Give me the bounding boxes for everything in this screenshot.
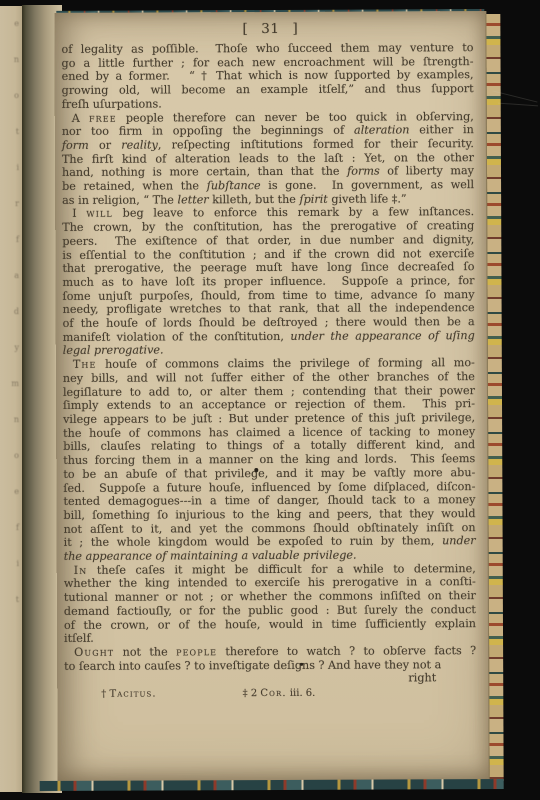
text-segment: ſome unjuſt purpoſes, ſhould, from time … (63, 288, 475, 303)
text-segment: either in (409, 123, 473, 136)
text-segment: under the appearance of uſing (290, 329, 474, 343)
text-segment: forms (347, 165, 380, 178)
paragraph: Ought not the people therefore to watch … (64, 644, 476, 673)
text-segment: is gone. In government, as well (261, 178, 475, 192)
text-segment: is eſſential to the conſtitution ; and i… (62, 247, 474, 262)
text-segment: bills, clauſes relating to things of a t… (63, 438, 475, 453)
page-number-right-bracket: ] (292, 21, 298, 37)
paragraph: of legality as poſſible. Thoſe who ſucce… (61, 41, 473, 111)
text-segment: ened by a former. “ † That which is now … (62, 69, 474, 84)
bottom-edge-marbling (40, 779, 504, 791)
text-segment: peers. The exiſtence of that order, in d… (62, 233, 474, 248)
page-number-left-bracket: [ (242, 21, 248, 37)
text-segment: theſe caſes it might be difficult for a … (87, 562, 475, 577)
text-segment: The (73, 358, 97, 371)
ink-speck (300, 663, 303, 666)
scan-background: enotirfadymnoefit [31] of legality as po… (0, 0, 540, 800)
text-segment: tutional manner or not ; or whether the … (64, 589, 476, 604)
text-segment: of the houſe of lords ſhould be deſtroye… (63, 315, 475, 330)
page-number-value: 31 (261, 21, 279, 37)
text-segment: not aſſent to it, and yet the commons ſh… (64, 521, 476, 536)
text-segment: legiſlature to add to, or alter them ; c… (63, 384, 475, 399)
page-number: [31] (54, 20, 486, 38)
text-segment: tented demagogues---in a time of danger,… (63, 493, 475, 508)
text-segment: of liberty may (380, 164, 474, 177)
text-segment: to ſearch into cauſes ? to inveſtigate d… (64, 658, 441, 673)
catchword: right (64, 671, 476, 686)
text-segment: † (101, 689, 109, 700)
text-segment: vilege appears to be juſt : But under pr… (63, 411, 475, 426)
text-segment: , reſpecting inſtitutions formed for the… (158, 137, 474, 151)
text-segment: growing old, will become an example itſe… (62, 82, 474, 97)
text-segment: bill, ſomething ſo injurious to the king… (63, 507, 475, 522)
text-segment: thus forcing them in a manner on the kin… (63, 452, 475, 467)
text-segment: The crown, by the conſtitution, has the … (62, 219, 474, 234)
footnote-row: † Tacitus. ‡ 2 Cor. iii. 6. (64, 686, 489, 701)
text-segment: of legality as poſſible. Thoſe who ſucce… (61, 41, 473, 56)
text-segment: to be an abuſe of that privilege, and it… (63, 466, 475, 481)
text-segment: free (89, 111, 117, 124)
paragraph: The houſe of commons claims the privileg… (63, 356, 476, 563)
text-segment: hand, nothing is more certain, than that… (62, 165, 347, 179)
footnote-corinthians: ‡ 2 Cor. iii. 6. (243, 687, 316, 700)
text-line: manifeſt violation of the conſtitution, … (63, 329, 475, 345)
text-segment: The firſt kind of alteration leads to th… (62, 151, 474, 166)
text-segment: the appearance of maintaining a valuable… (64, 549, 357, 563)
text-segment: In (74, 564, 88, 577)
text-segment: will (86, 207, 112, 220)
text-segment: alteration (354, 124, 409, 137)
book-page: [31] of legality as poſſible. Thoſe who … (54, 11, 489, 782)
text-segment: itſelf. (64, 632, 94, 645)
text-segment: Tacitus. (109, 688, 156, 699)
text-segment: beg leave to enforce this remark by a fe… (113, 206, 474, 221)
text-segment: Cor. (260, 688, 286, 699)
page-wrap: [31] of legality as poſſible. Thoſe who … (0, 0, 540, 800)
text-segment: people (176, 645, 217, 658)
text-segment: whether the king intended to exerciſe hi… (64, 576, 476, 591)
text-segment: ney bills, and will not ſuffer either of… (63, 370, 475, 385)
text-segment: or (89, 139, 122, 152)
fore-edge-marbling (485, 14, 503, 781)
text-line: growing old, will become an example itſe… (62, 82, 474, 98)
text-segment: nor too firm in oppoſing the beginnings … (62, 124, 354, 138)
text-segment: ſimply extends to an acceptance or rejec… (63, 397, 475, 412)
text-segment: of the crown, or of the houſe, would in … (64, 617, 476, 632)
text-segment: A (72, 111, 89, 124)
text-segment: freſh uſurpations. (62, 97, 162, 110)
text-segment: form (62, 139, 89, 152)
text-segment: that prerogative, the peerage muſt have … (62, 260, 474, 275)
text-segment: ſubſtance (207, 179, 261, 192)
text-segment: be retained, when the (62, 179, 207, 193)
text-segment: go a little further ; for each new encro… (61, 55, 473, 70)
text-segment: it ; the whole kingdom would be expoſed … (64, 535, 443, 550)
paragraph: A free people therefore can never be too… (62, 110, 474, 208)
text-segment: therefore to watch ? to obſerve facts ? (217, 644, 476, 658)
text-line: it ; the whole kingdom would be expoſed … (64, 534, 476, 550)
text-segment: reality (121, 138, 158, 151)
text-segment: the houſe of commons has claimed a licen… (63, 425, 475, 440)
paragraph: In theſe caſes it might be difficult for… (64, 562, 476, 646)
text-line: of the crown, or of the houſe, would in … (64, 617, 476, 633)
text-segment: killeth, but the (209, 193, 300, 206)
paragraph: I will beg leave to enforce this remark … (62, 206, 475, 359)
text-segment: I (72, 207, 86, 220)
text-segment: manifeſt violation of the conſtitution, (63, 330, 291, 344)
text-line: be retained, when the ſubſtance is gone.… (62, 178, 474, 194)
text-segment: ſpirit (299, 192, 327, 205)
text-segment: Ought (74, 646, 114, 659)
text-segment: letter (177, 193, 208, 206)
text-segment: demand factiouſly, or for the public goo… (64, 603, 476, 618)
text-segment: ‡ 2 (243, 688, 261, 699)
body-text: of legality as poſſible. Thoſe who ſucce… (61, 41, 476, 673)
ink-speck (254, 468, 258, 472)
text-segment: much as to have loſt its proper influenc… (62, 274, 474, 289)
text-segment: giveth life ‡.” (328, 192, 407, 205)
text-segment: under (442, 534, 476, 547)
footnote-tacitus: † Tacitus. (101, 687, 156, 700)
text-segment: legal prerogative. (63, 344, 164, 357)
text-segment: needy, profligate wretches to that rank,… (63, 301, 475, 316)
text-segment: iii. 6. (287, 688, 316, 699)
text-segment: ſed. Suppoſe a future houſe, influenced … (63, 480, 475, 495)
text-segment: houſe of commons claims the privilege of… (96, 356, 474, 371)
text-segment: not the (114, 645, 176, 658)
text-segment: as in religion, “ The (62, 193, 177, 207)
text-segment: people therefore can never be too quick … (117, 110, 474, 125)
